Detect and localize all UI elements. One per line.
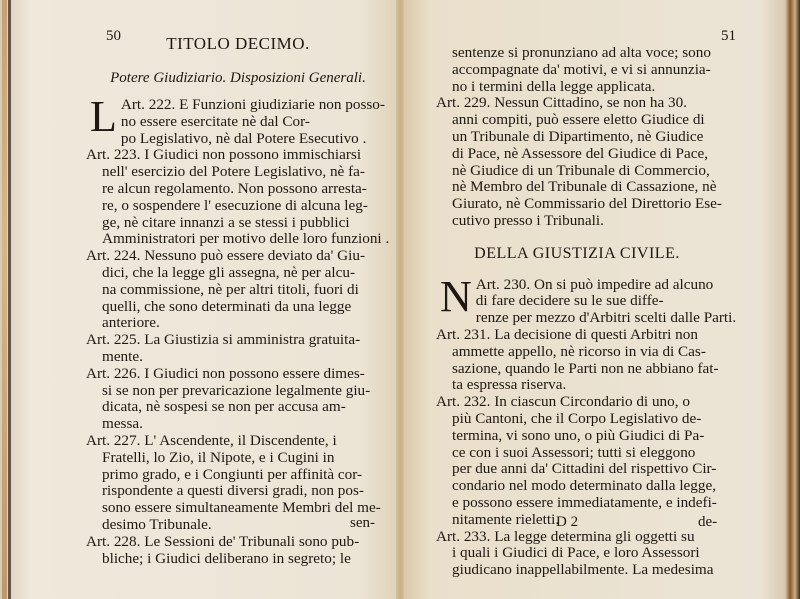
article-line: giudicano inappellabilmente. La medesima xyxy=(436,562,718,579)
left-page-body: Art. 222. LE Funzioni giudiziarie non po… xyxy=(86,97,386,567)
article-line: dicata, nè sospesi se non per accusa am- xyxy=(86,399,386,416)
article-number: Art. 228. xyxy=(86,533,144,550)
article-line: nè Membro del Tribunale di Cassazione, n… xyxy=(436,179,718,196)
article-line: ce con i suoi Assessori; tutti si eleggo… xyxy=(436,445,718,462)
book-gutter xyxy=(396,0,404,599)
article: Art. 223. I Giudici non possono immischi… xyxy=(86,147,386,248)
article-number: Art. 231. xyxy=(436,326,494,343)
article: Art. 227. L' Ascendente, il Discendente,… xyxy=(86,433,386,534)
article: Art. 233. La legge determina gli oggetti… xyxy=(436,529,718,579)
article-line: più Cantoni, che il Corpo Legislativo de… xyxy=(436,411,718,428)
article-line: Art. 223. I Giudici non possono immischi… xyxy=(86,147,386,164)
article: Art. 226. I Giudici non possono essere d… xyxy=(86,366,386,433)
page-number: 51 xyxy=(721,28,736,45)
article-line: dici, che la legge gli assegna, nè per a… xyxy=(86,265,386,282)
article-line: un Tribunale di Dipartimento, nè Giudice xyxy=(436,129,718,146)
article-line: nè Giudice di un Tribunale di Commercio, xyxy=(436,163,718,180)
article-line: cutivo presso i Tribunali. xyxy=(436,213,718,230)
article-line: ammette appello, nè ricorso in via di Ca… xyxy=(436,344,718,361)
article-number: Art. 226. xyxy=(86,365,144,382)
article-line: ta espressa riserva. xyxy=(436,377,718,394)
article-line: renze per mezzo d'Arbitri scelti dalle P… xyxy=(436,310,718,327)
article-line: rispondente a questi diversi gradi, non … xyxy=(86,483,386,500)
article-line: po Legislativo, nè dal Potere Esecutivo … xyxy=(86,131,386,148)
article-line: di fare decidere su le sue diffe- xyxy=(436,293,718,310)
article-line: Art. 231. La decisione di questi Arbitri… xyxy=(436,327,718,344)
article-number: Art. 230. xyxy=(476,276,534,293)
article-line: re alcun regolamento. Non possono arrest… xyxy=(86,181,386,198)
page-edge xyxy=(8,0,11,599)
section-heading: DELLA GIUSTIZIA CIVILE. xyxy=(436,246,718,263)
article-line: sazione, quando le Parti non ne abbiano … xyxy=(436,361,718,378)
article-line: di Pace, nè Assessore del Giudice di Pac… xyxy=(436,146,718,163)
article-line: termina, vi sono uno, o più Giudici di P… xyxy=(436,428,718,445)
article-number: Art. 233. xyxy=(436,528,494,545)
article-line: Art. 229. Nessun Cittadino, se non ha 30… xyxy=(436,95,718,112)
article-line: desimo Tribunale. xyxy=(86,517,386,534)
article: Art. 229. Nessun Cittadino, se non ha 30… xyxy=(436,95,718,229)
continuation-text: sentenze si pronunziano ad alta voce; so… xyxy=(436,45,718,95)
article-number: Art. 229. xyxy=(436,94,494,111)
article-line: quelli, che sono determinati da una legg… xyxy=(86,299,386,316)
article-line: Art. 230. NOn si può impedire ad alcuno xyxy=(436,277,718,294)
article-line: ge, nè citare innanzi a se stessi i pubb… xyxy=(86,215,386,232)
article-line: Art. 227. L' Ascendente, il Discendente,… xyxy=(86,433,386,450)
article-line: mente. xyxy=(86,349,386,366)
article-number: Art. 224. xyxy=(86,247,144,264)
page-edge-stain xyxy=(2,0,7,599)
article-line: Fratelli, lo Zio, il Nipote, e i Cugini … xyxy=(86,450,386,467)
article-line: primo grado, e i Congiunti per affinità … xyxy=(86,467,386,484)
article-line: Art. 228. Le Sessioni de' Tribunali sono… xyxy=(86,534,386,551)
article: Art. 231. La decisione di questi Arbitri… xyxy=(436,327,718,394)
text-line: sentenze si pronunziano ad alta voce; so… xyxy=(436,45,718,62)
article-line: Art. 232. In ciascun Circondario di uno,… xyxy=(436,394,718,411)
catchword: sen- xyxy=(350,515,375,532)
article-line: per due anni da' Cittadini del rispettiv… xyxy=(436,461,718,478)
article-line: Giurato, nè Commissario del Direttorio E… xyxy=(436,196,718,213)
drop-cap: L xyxy=(90,99,117,135)
article-line: Art. 224. Nessuno può essere deviato da'… xyxy=(86,248,386,265)
article-line: no essere esercitate nè dal Cor- xyxy=(86,114,386,131)
signature-mark: D 2 xyxy=(556,514,578,531)
text-line: accompagnate da' motivi, e vi si annunzi… xyxy=(436,62,718,79)
article-number: Art. 222. xyxy=(121,96,179,113)
article: Art. 224. Nessuno può essere deviato da'… xyxy=(86,248,386,332)
article-line: messa. xyxy=(86,416,386,433)
article-line: Art. 222. LE Funzioni giudiziarie non po… xyxy=(86,97,386,114)
chapter-title: TITOLO DECIMO. xyxy=(88,34,388,54)
article-line: i quali i Giudici di Pace, e loro Assess… xyxy=(436,545,718,562)
article-number: Art. 225. xyxy=(86,331,144,348)
article-line: Art. 226. I Giudici non possono essere d… xyxy=(86,366,386,383)
drop-cap: N xyxy=(440,279,472,315)
article-line: condario nel modo determinato dalla legg… xyxy=(436,478,718,495)
article: Art. 228. Le Sessioni de' Tribunali sono… xyxy=(86,534,386,568)
right-page-body: sentenze si pronunziano ad alta voce; so… xyxy=(436,45,718,579)
book-spread: 50 TITOLO DECIMO. Potere Giudiziario. Di… xyxy=(0,0,800,599)
article-number: Art. 227. xyxy=(86,432,144,449)
article: Art. 222. LE Funzioni giudiziarie non po… xyxy=(86,97,386,147)
article: Art. 232. In ciascun Circondario di uno,… xyxy=(436,394,718,528)
article-line: bliche; i Giudici deliberano in segreto;… xyxy=(86,551,386,568)
article-line: nell' esercizio del Potere Legislativo, … xyxy=(86,164,386,181)
article-line: Amministratori per motivo delle loro fun… xyxy=(86,231,386,248)
article-line: Art. 233. La legge determina gli oggetti… xyxy=(436,529,718,546)
article: Art. 230. NOn si può impedire ad alcunod… xyxy=(436,277,718,327)
article-line: anteriore. xyxy=(86,315,386,332)
article-number: Art. 232. xyxy=(436,393,494,410)
article-line: Art. 225. La Giustizia si amministra gra… xyxy=(86,332,386,349)
article-line: sono essere simultaneamente Membri del m… xyxy=(86,500,386,517)
catchword: de- xyxy=(698,514,717,531)
article-number: Art. 223. xyxy=(86,146,144,163)
chapter-subtitle: Potere Giudiziario. Disposizioni General… xyxy=(88,70,388,87)
article-line: si se non per prevaricazione legalmente … xyxy=(86,383,386,400)
text-line: no i termini della legge applicata. xyxy=(436,79,718,96)
article-line: na commissione, nè per altri titoli, fuo… xyxy=(86,282,386,299)
article-line: re, o sospendere l' esecuzione di alcuna… xyxy=(86,198,386,215)
article-line: e possono essere immediatamente, e indef… xyxy=(436,495,718,512)
article-line: anni compiti, può essere eletto Giudice … xyxy=(436,112,718,129)
article: Art. 225. La Giustizia si amministra gra… xyxy=(86,332,386,366)
